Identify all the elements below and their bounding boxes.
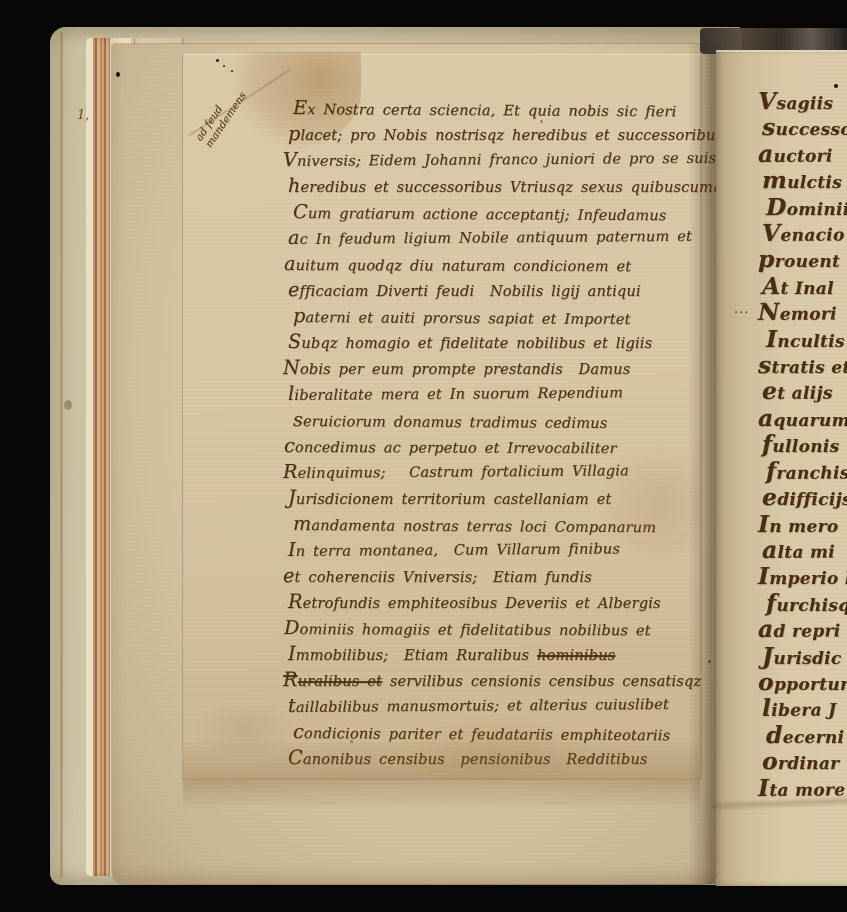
text-line: prouent: [758, 248, 847, 274]
text-line: et alijs: [762, 379, 847, 407]
marginal-annotation: ad feud mandemens: [193, 83, 249, 150]
ink-dot: [223, 65, 225, 67]
text-line: Relinquimus; Castrum fortalicium Villagi…: [283, 457, 683, 486]
text-line: Dominiis homagiis et fidelitatibus nobil…: [284, 616, 683, 643]
text-line: Canonibus censibus pensionibus Redditibu…: [288, 746, 683, 772]
stain-fleck: [350, 740, 353, 743]
text-segment: servilibus censionis censibus censatisqz: [382, 674, 701, 690]
annotation-line: ad feud: [193, 83, 239, 143]
facing-text-block: Vsagiis successo auctori mulctis Dominii…: [758, 90, 847, 803]
text-line: ordinar: [762, 750, 847, 776]
text-line: et coherenciis Vniversis; Etiam fundis: [283, 564, 683, 590]
corner-stain: [235, 52, 361, 150]
cover-stain: [64, 400, 72, 410]
text-line: Nobis per eum prompte prestandis Damus: [283, 356, 683, 382]
ink-fleck: [116, 72, 120, 77]
text-line: heredibus et successoribus Vtriusqz sexu…: [288, 174, 683, 200]
margin-dots: ...: [734, 302, 749, 317]
main-text-block: Ex Nostra certa sciencia, Et quia nobis …: [283, 96, 683, 772]
text-line: Jurisdicionem territorium castellaniam e…: [288, 486, 683, 512]
text-line: ad repri: [758, 617, 847, 645]
corner-crease: [188, 69, 290, 136]
ink-dot: [216, 59, 219, 62]
text-line: Venacio: [762, 221, 847, 249]
text-line: libera J: [762, 696, 847, 724]
manuscript-photo: ad feud mandemens Ex Nostra certa scienc…: [0, 0, 847, 912]
text-line: edifficijs: [762, 486, 847, 512]
struck-phrase: Ruralibus et: [283, 674, 382, 690]
text-line: Subqz homagio et fidelitate nobilibus et…: [288, 330, 683, 356]
text-line: Nemori: [758, 300, 847, 328]
text-line: paterni et auiti prorsus sapiat et Impor…: [293, 304, 683, 332]
text-line: Ex Nostra certa sciencia, Et quia nobis …: [293, 96, 683, 124]
text-line-with-strikethrough: Immobilibus; Etiam Ruralibus hominibus: [288, 642, 683, 668]
pastedown-edge: [86, 38, 93, 876]
text-line: placet; pro Nobis nostrisqz heredibus et…: [288, 122, 683, 148]
text-line: Cum gratiarum actione acceptantj; Infeud…: [293, 200, 683, 228]
red-sprinkled-edge: [93, 38, 110, 876]
text-line: fullonis: [762, 433, 847, 459]
annotation-line: mandemens: [203, 90, 249, 150]
text-line: condicionis pariter et feudatariis emphi…: [293, 720, 683, 748]
text-line: Imperio h: [758, 565, 847, 591]
text-line: Incultis: [766, 328, 847, 354]
text-line-with-strikethrough: Ruralibus et servilibus censionis censib…: [283, 668, 683, 694]
text-line: successo: [762, 116, 847, 142]
leaf-cast-shadow: [183, 780, 700, 806]
cover-seam-line: [60, 32, 63, 878]
leaf-bottom-shading: [183, 742, 700, 780]
text-line: Jurisdic: [762, 645, 847, 671]
ink-dot: [231, 70, 233, 72]
text-line: In terra montanea, Cum Villarum finibus: [288, 535, 683, 564]
struck-word: hominibus: [537, 648, 615, 664]
facing-page: Vsagiis successo auctori mulctis Dominii…: [716, 50, 847, 886]
written-leaf: ad feud mandemens Ex Nostra certa scienc…: [183, 54, 702, 780]
text-line: ac In feudum ligium Nobile antiquum pate…: [288, 223, 683, 252]
page-crease: [712, 795, 847, 811]
ink-speck: [834, 84, 838, 88]
text-line: furchisqz: [766, 592, 847, 618]
text-line: opportun: [758, 671, 847, 697]
text-line: franchis: [766, 458, 847, 486]
text-line: alta mi: [762, 537, 847, 565]
folio-margin-mark: 1,: [77, 108, 89, 123]
text-line: concedimus ac perpetuo et Irrevocabilite…: [284, 434, 683, 461]
text-line: mandamenta nostras terras loci Companaru…: [293, 512, 683, 540]
text-line: mulctis: [762, 169, 847, 195]
text-segment: Immobilibus; Etiam Ruralibus: [288, 648, 537, 664]
ink-speck: [708, 660, 711, 663]
text-line: decerni: [766, 724, 847, 750]
text-line: seruiciorum donamus tradimus cedimus: [293, 408, 683, 436]
text-line: efficaciam Diverti feudi Nobilis ligij a…: [288, 278, 683, 304]
text-line: taillabilibus manusmortuis; et alterius …: [288, 691, 683, 720]
stain-fleck: [540, 120, 543, 123]
text-line: Vniversis; Eidem Johanni franco juniori …: [283, 145, 683, 174]
text-line: auitum quodqz diu naturam condicionem et: [284, 252, 683, 279]
text-line: auctori: [758, 141, 847, 169]
text-line: liberalitate mera et In suorum Rependium: [288, 379, 683, 408]
text-line: Retrofundis emphiteosibus Deveriis et Al…: [288, 590, 683, 616]
